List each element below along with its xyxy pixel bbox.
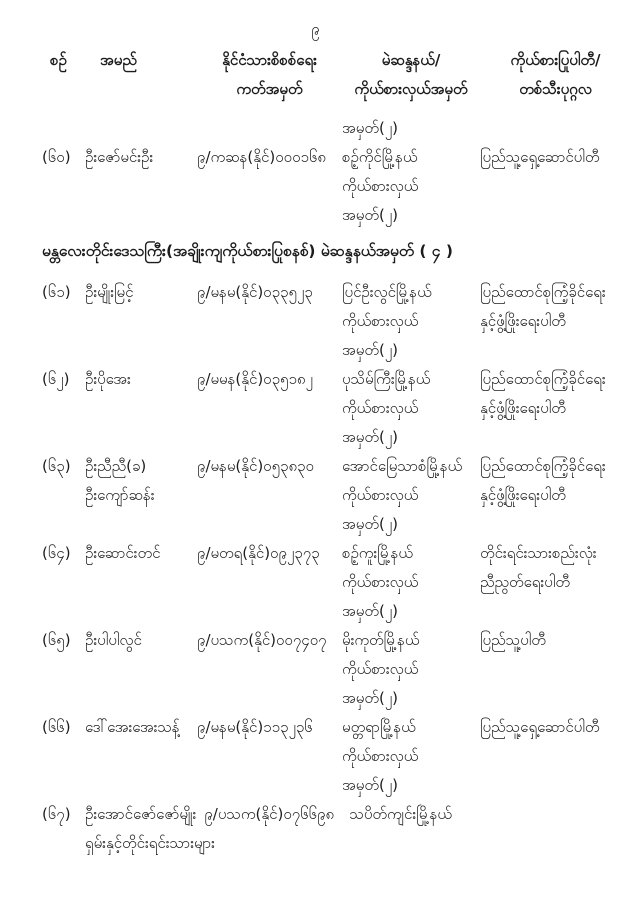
row-serial: (၆၀): [42, 143, 85, 172]
cell-line: ဦးညီညီ(ခ): [85, 452, 189, 481]
cell-line: ပုသိမ်ကြီးမြို့နယ်: [342, 365, 480, 394]
cell-line: နှင့်ဖွံ့ဖြိုးရေးပါတီ: [480, 481, 631, 510]
table-row: (၆၁) ဦးမျိုးမြင့် ၉/မနမ(နိုင်)၀၃၃၅၂၃ ပြင…: [42, 278, 631, 365]
table-row: (၆၅) ဦးပါပါလွင် ၉/ပသက(နိုင်)၀၀၇၄၀၇ မိုးက…: [42, 626, 631, 713]
cell-line: ကိုယ်စားလှယ်: [342, 481, 480, 510]
header-serial: စဉ်: [42, 46, 85, 75]
table-header-row: စဉ် အမည် နိုင်ငံသားစိစစ်ရေး ကတ်အမှတ် မဲဆ…: [42, 46, 631, 104]
section-header: မန္တလေးတိုင်းဒေသကြီး(အချိုးကျကိုယ်စားပြု…: [42, 236, 631, 266]
cell-line: အမှတ်(၂): [342, 684, 480, 713]
cell-line: ဦးဇော်မင်းဦး: [85, 143, 189, 172]
row-constituency: ပြင်ဦးလွင်မြို့နယ်ကိုယ်စားလှယ်အမှတ်(၂): [342, 278, 480, 365]
row-party: တိုင်းရင်းသားစည်းလုံးညီညွတ်ရေးပါတီ: [480, 539, 631, 597]
cell-line: အမှတ်(၂): [342, 423, 480, 452]
table-row: (၆၇) ဦးအောင်ဇော်ဇော်မျိုးရှမ်းနှင့်တိုင်…: [42, 800, 631, 887]
header-party-line1: ကိုယ်စားပြုပါတီ/: [480, 46, 631, 75]
row-nrc-number: ၉/ပသက(နိုင်)၀၀၇၄၀၇: [197, 626, 342, 655]
cell-line: မိုးကုတ်မြို့နယ်: [342, 626, 480, 655]
cell-line: ကိုယ်စားလှယ်: [342, 394, 480, 423]
cell-line: အမှတ်(၂): [342, 510, 480, 539]
cell-line: ဦးပါပါလွင်: [85, 626, 189, 655]
cell-line: ကိုယ်စားလှယ်: [342, 172, 480, 201]
header-party-line2: တစ်သီးပုဂ္ဂလ: [480, 75, 631, 104]
cell-line: ပြည်ထောင်စုကြံ့ခိုင်ရေး: [480, 365, 631, 394]
table-rows-before-section: (၆၀) ဦးဇော်မင်းဦး ၉/ကဆန(နိုင်)၀၀၀၁၆၈ စဉ့…: [42, 143, 631, 230]
header-party: ကိုယ်စားပြုပါတီ/ တစ်သီးပုဂ္ဂလ: [480, 46, 631, 104]
row-serial: (၆၃): [42, 452, 85, 481]
row-constituency: မိုးကုတ်မြို့နယ်ကိုယ်စားလှယ်အမှတ်(၂): [342, 626, 480, 713]
row-constituency: သပိတ်ကျင်းမြို့နယ်: [349, 800, 487, 829]
cell-line: နှင့်ဖွံ့ဖြိုးရေးပါတီ: [480, 307, 631, 336]
cell-line: ညီညွတ်ရေးပါတီ: [480, 568, 631, 597]
cell-line: ပြည်ထောင်စုကြံ့ခိုင်ရေး: [480, 278, 631, 307]
cell-line: အမှတ်(၂): [342, 771, 480, 800]
cell-line: ဒေါ်အေးအေးသန့်: [85, 713, 189, 742]
row-serial: (၆၅): [42, 626, 85, 655]
row-constituency: စဉ့်ကိုင်မြို့နယ်ကိုယ်စားလှယ်အမှတ်(၂): [342, 143, 480, 230]
row-serial: (၆၁): [42, 278, 85, 307]
cell-line: ပြည်ထောင်စုကြံ့ခိုင်ရေး: [480, 452, 631, 481]
table-rows-after-section: (၆၁) ဦးမျိုးမြင့် ၉/မနမ(နိုင်)၀၃၃၅၂၃ ပြင…: [42, 278, 631, 887]
document-page: ၉ စဉ် အမည် နိုင်ငံသားစိစစ်ရေး ကတ်အမှတ် မ…: [0, 0, 631, 897]
cell-line: ဦးပိုအေး: [85, 365, 189, 394]
table-row: (၆၃) ဦးညီညီ(ခ)ဦးကျော်ဆန်း ၉/မနမ(နိုင်)၀၅…: [42, 452, 631, 539]
row-name: ဦးညီညီ(ခ)ဦးကျော်ဆန်း: [85, 452, 197, 510]
row-name: ဒေါ်အေးအေးသန့်: [85, 713, 197, 742]
row-serial: (၆၆): [42, 713, 85, 742]
row-name: ဦးမျိုးမြင့်: [85, 278, 197, 307]
row-nrc-number: ၉/မတရ(နိုင်)၀၉၂၃၇၃: [197, 539, 342, 568]
page-number: ၉: [0, 18, 631, 40]
row-party: ပြည်ထောင်စုကြံ့ခိုင်ရေးနှင့်ဖွံ့ဖြိုးရေး…: [480, 278, 631, 336]
cell-line: အမှတ်(၂): [342, 597, 480, 626]
cell-line: အမှတ်(၂): [342, 201, 480, 230]
row-constituency: မတ္တရာမြို့နယ်ကိုယ်စားလှယ်အမှတ်(၂): [342, 713, 480, 800]
table-row: (၆၀) ဦးဇော်မင်းဦး ၉/ကဆန(နိုင်)၀၀၀၁၆၈ စဉ့…: [42, 143, 631, 230]
row-party: ပြည်သူ့ပါတီ: [480, 626, 631, 655]
row-serial: (၆၇): [42, 800, 85, 829]
row-nrc-number: ၉/ပသက(နိုင်)၀၇၆၆၉၈: [204, 800, 349, 829]
row-party: ပြည်သူ့ရှေ့ဆောင်ပါတီ: [480, 713, 631, 742]
row-name: ဦးပါပါလွင်: [85, 626, 197, 655]
cell-line: ကိုယ်စားလှယ်: [342, 655, 480, 684]
carryover-cell-text: အမှတ်(၂): [342, 114, 631, 143]
cell-line: တိုင်းရင်းသားစည်းလုံး: [480, 539, 631, 568]
cell-line: ကိုယ်စားလှယ်: [342, 307, 480, 336]
row-nrc-number: ၉/မမန(နိုင်)၀၃၅၁၈၂: [197, 365, 342, 394]
row-nrc-number: ၉/မနမ(နိုင်)၀၅၃၈၃၀: [197, 452, 342, 481]
cell-line: ပြင်ဦးလွင်မြို့နယ်: [342, 278, 480, 307]
cell-line: နှင့်ဖွံ့ဖြိုးရေးပါတီ: [480, 394, 631, 423]
row-constituency: အောင်မြေသာစံမြို့နယ်ကိုယ်စားလှယ်အမှတ်(၂): [342, 452, 480, 539]
row-serial: (၆၂): [42, 365, 85, 394]
cell-line: ဦးဆောင်းတင်: [85, 539, 189, 568]
row-party: ပြည်ထောင်စုကြံ့ခိုင်ရေးနှင့်ဖွံ့ဖြိုးရေး…: [480, 452, 631, 510]
cell-line: မတ္တရာမြို့နယ်: [342, 713, 480, 742]
cell-line: စဉ့်ကူးမြို့နယ်: [342, 539, 480, 568]
row-name: ဦးအောင်ဇော်ဇော်မျိုးရှမ်းနှင့်တိုင်းရင်း…: [85, 800, 204, 858]
header-constituency-line2: ကိုယ်စားလှယ်အမှတ်: [342, 75, 480, 104]
table-row: (၆၂) ဦးပိုအေး ၉/မမန(နိုင်)၀၃၅၁၈၂ ပုသိမ်က…: [42, 365, 631, 452]
row-nrc-number: ၉/မနမ(နိုင်)၁၁၃၂၃၆: [197, 713, 342, 742]
header-name: အမည်: [85, 46, 197, 75]
cell-line: ပြည်သူ့ရှေ့ဆောင်ပါတီ: [480, 143, 631, 172]
cell-line: စဉ့်ကိုင်မြို့နယ်: [342, 143, 480, 172]
table-row: (၆၄) ဦးဆောင်းတင် ၉/မတရ(နိုင်)၀၉၂၃၇၃ စဉ့်…: [42, 539, 631, 626]
row-constituency: စဉ့်ကူးမြို့နယ်ကိုယ်စားလှယ်အမှတ်(၂): [342, 539, 480, 626]
row-name: ဦးပိုအေး: [85, 365, 197, 394]
header-constituency-line1: မဲဆန္ဒနယ်/: [342, 46, 480, 75]
row-constituency: ပုသိမ်ကြီးမြို့နယ်ကိုယ်စားလှယ်အမှတ်(၂): [342, 365, 480, 452]
row-name: ဦးဇော်မင်းဦး: [85, 143, 197, 172]
cell-line: ပြည်သူ့ရှေ့ဆောင်ပါတီ: [480, 713, 631, 742]
header-nrc-line2: ကတ်အမှတ်: [197, 75, 342, 104]
row-serial: (၆၄): [42, 539, 85, 568]
row-nrc-number: ၉/ကဆန(နိုင်)၀၀၀၁၆၈: [197, 143, 342, 172]
row-party: ပြည်ထောင်စုကြံ့ခိုင်ရေးနှင့်ဖွံ့ဖြိုးရေး…: [480, 365, 631, 423]
header-constituency: မဲဆန္ဒနယ်/ ကိုယ်စားလှယ်အမှတ်: [342, 46, 480, 104]
cell-line: အောင်မြေသာစံမြို့နယ်: [342, 452, 480, 481]
cell-line: သပိတ်ကျင်းမြို့နယ်: [349, 800, 487, 829]
cell-line: အမှတ်(၂): [342, 336, 480, 365]
row-nrc-number: ၉/မနမ(နိုင်)၀၃၃၅၂၃: [197, 278, 342, 307]
cell-line: ကိုယ်စားလှယ်: [342, 742, 480, 771]
header-nrc-line1: နိုင်ငံသားစိစစ်ရေး: [197, 46, 342, 75]
row-name: ဦးဆောင်းတင်: [85, 539, 197, 568]
cell-line: ပြည်သူ့ပါတီ: [480, 626, 631, 655]
cell-line: ကိုယ်စားလှယ်: [342, 568, 480, 597]
cell-line: ဦးအောင်ဇော်ဇော်မျိုး: [85, 800, 196, 829]
header-nrc: နိုင်ငံသားစိစစ်ရေး ကတ်အမှတ်: [197, 46, 342, 104]
cell-line: ဦးမျိုးမြင့်: [85, 278, 189, 307]
table-row: (၆၆) ဒေါ်အေးအေးသန့် ၉/မနမ(နိုင်)၁၁၃၂၃၆ မ…: [42, 713, 631, 800]
row-party: ပြည်သူ့ရှေ့ဆောင်ပါတီ: [480, 143, 631, 172]
